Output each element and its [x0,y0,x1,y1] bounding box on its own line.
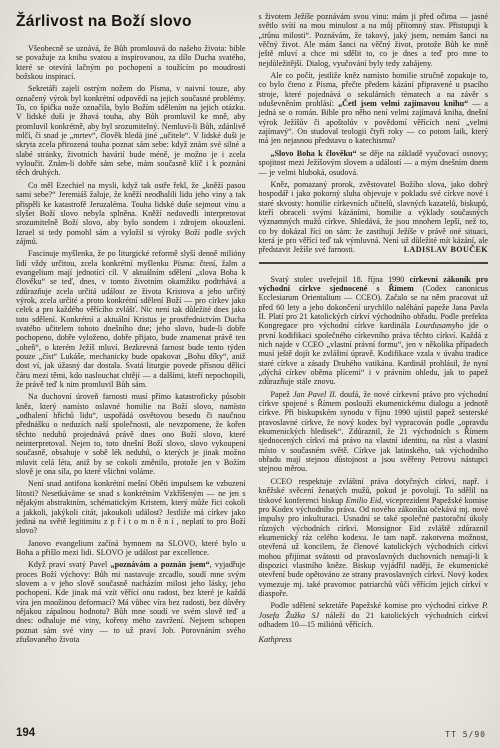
paragraph-text: Kněz, pomazaný prorok, zvěstovatel Božíh… [259,180,489,254]
paragraph: Když praví svatý Pavel „poznávám a pozná… [16,560,246,644]
paragraph: Sekretáři zajeli ostrým nožem do Písma, … [16,84,246,177]
author-name: LADISLAV BOUČEK [404,245,488,254]
article-title: Žárlivost na Boží slovo [16,13,246,31]
scanned-magazine-page: Žárlivost na Boží slovo Všeobecně se uzn… [0,0,500,748]
paragraph: Svatý stolec uveřejnil 18. října 1990 cí… [259,275,489,387]
paragraph: Papež Jan Pavel II. doufá, že nové círke… [259,390,489,474]
paragraph: Co měl Ezechiel na mysli, když tak ostře… [16,181,246,246]
paragraph: Janovo evangelium začíná hymnem na SLOVO… [16,539,246,558]
page-number: 194 [16,727,35,739]
section-divider [259,262,489,264]
paragraph: Všeobecně se uznává, že Bůh promlouvá do… [16,44,246,81]
left-column: Žárlivost na Boží slovo Všeobecně se uzn… [16,12,246,648]
paragraph: Podle sdělení sekretáře Papežské komise … [259,601,489,629]
right-column: s životem Ježíše poznávám svou vinu: mám… [259,12,489,648]
paragraph: „Slovo Boha k člověku“ se děje na základ… [259,149,489,177]
issue-number: TT 5/90 [445,730,486,739]
paragraph: Kněz, pomazaný prorok, zvěstovatel Božíh… [259,180,489,255]
paragraph: Na duchovní úroveň farnosti musí přímo k… [16,392,246,476]
paragraph: Fascinuje myšlenka, že po liturgické ref… [16,249,246,389]
paragraph: Ale co počít, jestliže kněz namísto homi… [259,71,489,146]
two-column-layout: Žárlivost na Boží slovo Všeobecně se uzn… [16,12,488,648]
paragraph: Není snad antifona konkrétní mešní Oběti… [16,479,246,535]
paragraph-continuation: s životem Ježíše poznávám svou vinu: mám… [259,12,489,68]
paragraph: CCEO respektuje zvláštní práva dotyčných… [259,477,489,598]
source-credit: Kathpress [259,635,489,644]
